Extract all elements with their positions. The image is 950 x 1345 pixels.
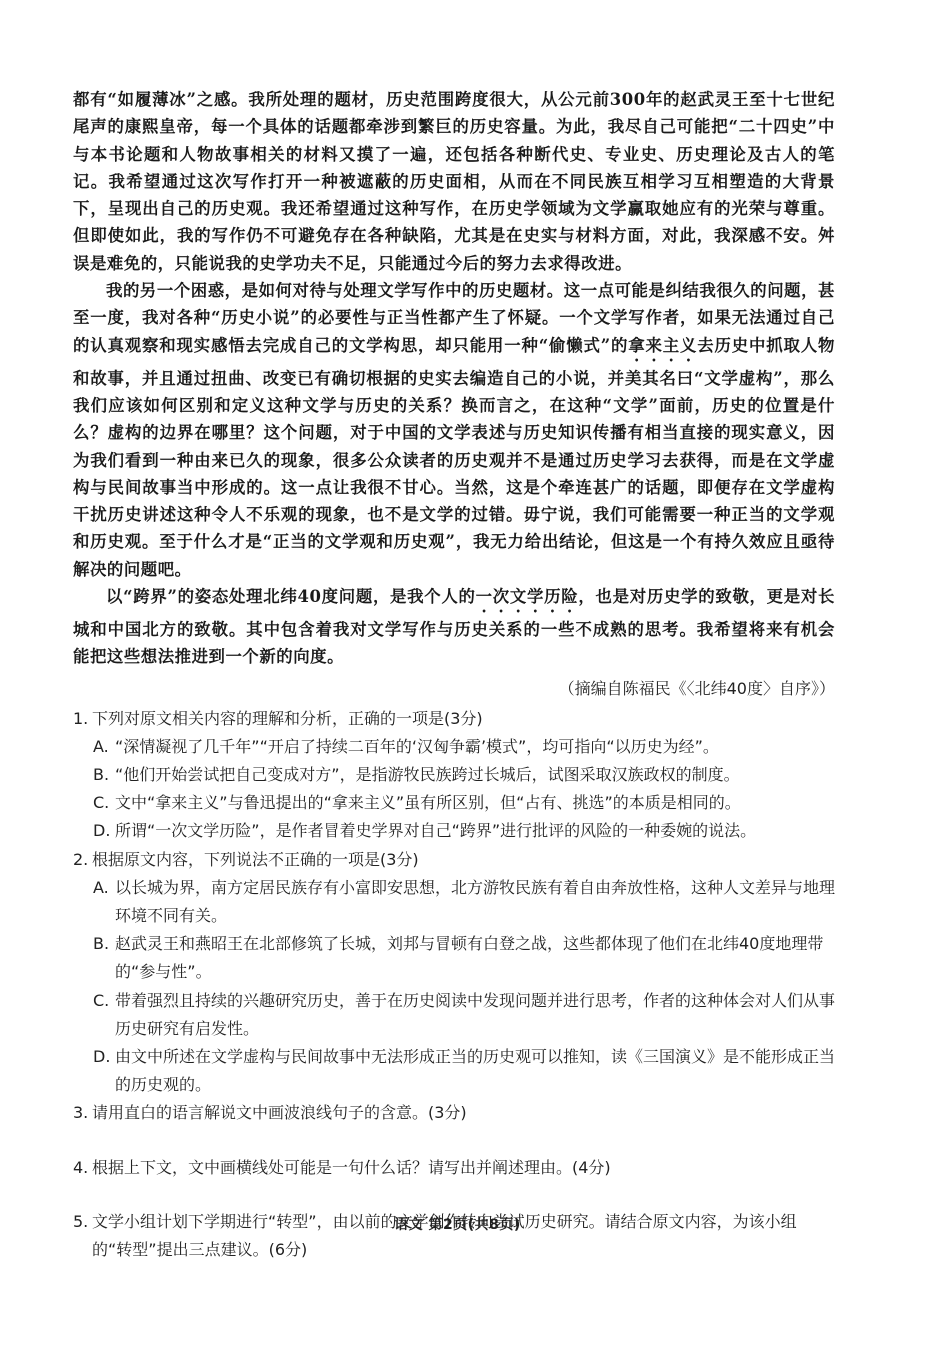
passage-paragraph-1: 都有“如履薄冰”之感。我所处理的题材，历史范围跨度很大，从公元前300年的赵武灵… <box>73 86 835 277</box>
question-4: 4.根据上下文，文中画横线处可能是一句什么话？请写出并阐述理由。(4分) <box>73 1154 835 1182</box>
question-stem: 2.根据原文内容，下列说法不正确的一项是(3分) <box>73 846 835 874</box>
option-letter: A. <box>93 733 115 761</box>
question-3: 3.请用直白的语言解说文中画波浪线句子的含意。(3分) <box>73 1099 835 1127</box>
question-1: 1.下列对原文相关内容的理解和分析，正确的一项是(3分) A.“深情凝视了几千年… <box>73 705 835 846</box>
question-number: 2. <box>73 846 92 874</box>
option-text: 带着强烈且持续的兴趣研究历史，善于在历史阅读中发现问题并进行思考，作者的这种体会… <box>115 991 835 1038</box>
option-letter: D. <box>93 817 115 845</box>
exam-page: 都有“如履薄冰”之感。我所处理的题材，历史范围跨度很大，从公元前300年的赵武灵… <box>0 0 950 1345</box>
question-text: 下列对原文相关内容的理解和分析，正确的一项是(3分) <box>92 709 483 728</box>
option-text: 文中“拿来主义”与鲁迅提出的“拿来主义”虽有所区别，但“占有、挑选”的本质是相同… <box>115 793 741 812</box>
option-text: 所谓“一次文学历险”，是作者冒着史学界对自己“跨界”进行批评的风险的一种委婉的说… <box>115 821 756 840</box>
option-d: D.由文中所述在文学虚构与民间故事中无法形成正当的历史观可以推知，读《三国演义》… <box>73 1043 835 1099</box>
question-stem: 3.请用直白的语言解说文中画波浪线句子的含意。(3分) <box>73 1099 835 1127</box>
option-c: C.文中“拿来主义”与鲁迅提出的“拿来主义”虽有所区别，但“占有、挑选”的本质是… <box>73 789 835 817</box>
option-b: B.“他们开始尝试把自己变成对方”，是指游牧民族跨过长城后，试图采取汉族政权的制… <box>73 761 835 789</box>
option-text: “他们开始尝试把自己变成对方”，是指游牧民族跨过长城后，试图采取汉族政权的制度。 <box>115 765 740 784</box>
question-text: 根据上下文，文中画横线处可能是一句什么话？请写出并阐述理由。(4分) <box>92 1158 611 1177</box>
paragraph-text: 都有“如履薄冰”之感。我所处理的题材，历史范围跨度很大，从公元前300年的赵武灵… <box>73 90 835 273</box>
option-text: 由文中所述在文学虚构与民间故事中无法形成正当的历史观可以推知，读《三国演义》是不… <box>115 1047 835 1094</box>
question-number: 4. <box>73 1154 92 1182</box>
option-text: 赵武灵王和燕昭王在北部修筑了长城，刘邦与冒顿有白登之战，这些都体现了他们在北纬4… <box>115 934 823 981</box>
paragraph-text: 以“跨界”的姿态处理北纬40度问题，是我个人的 <box>106 587 476 606</box>
question-stem: 4.根据上下文，文中画横线处可能是一句什么话？请写出并阐述理由。(4分) <box>73 1154 835 1182</box>
passage-paragraph-2: 我的另一个困惑，是如何对待与处理文学写作中的历史题材。这一点可能是纠结我很久的问… <box>73 277 835 583</box>
source-citation: （摘编自陈福民《〈北纬40度〉自序》） <box>73 675 835 703</box>
option-letter: D. <box>93 1043 115 1071</box>
emphasized-text: 拿来主义 <box>628 336 697 355</box>
option-letter: B. <box>93 761 115 789</box>
question-list: 1.下列对原文相关内容的理解和分析，正确的一项是(3分) A.“深情凝视了几千年… <box>73 705 835 1265</box>
option-letter: C. <box>93 987 115 1015</box>
page-content: 都有“如履薄冰”之感。我所处理的题材，历史范围跨度很大，从公元前300年的赵武灵… <box>73 86 835 1264</box>
paragraph-text: 去历史中抓取人物和故事，并且通过扭曲、改变已有确切根据的史实去编造自己的小说，并… <box>73 336 835 579</box>
option-text: “深情凝视了几千年”“开启了持续二百年的‘汉匈争霸’模式”，均可指向“以历史为经… <box>115 737 719 756</box>
question-number: 1. <box>73 705 92 733</box>
option-letter: C. <box>93 789 115 817</box>
question-text: 根据原文内容，下列说法不正确的一项是(3分) <box>92 850 419 869</box>
option-b: B.赵武灵王和燕昭王在北部修筑了长城，刘邦与冒顿有白登之战，这些都体现了他们在北… <box>73 930 835 986</box>
option-d: D.所谓“一次文学历险”，是作者冒着史学界对自己“跨界”进行批评的风险的一种委婉… <box>73 817 835 845</box>
option-a: A.“深情凝视了几千年”“开启了持续二百年的‘汉匈争霸’模式”，均可指向“以历史… <box>73 733 835 761</box>
page-footer: 语文 第2页(共8页) <box>0 1214 950 1234</box>
question-number: 3. <box>73 1099 92 1127</box>
option-a: A.以长城为界，南方定居民族存有小富即安思想，北方游牧民族有着自由奔放性格，这种… <box>73 874 835 930</box>
option-text: 以长城为界，南方定居民族存有小富即安思想，北方游牧民族有着自由奔放性格，这种人文… <box>115 878 835 925</box>
question-2: 2.根据原文内容，下列说法不正确的一项是(3分) A.以长城为界，南方定居民族存… <box>73 846 835 1100</box>
question-stem: 1.下列对原文相关内容的理解和分析，正确的一项是(3分) <box>73 705 835 733</box>
question-text: 请用直白的语言解说文中画波浪线句子的含意。(3分) <box>92 1103 467 1122</box>
option-c: C.带着强烈且持续的兴趣研究历史，善于在历史阅读中发现问题并进行思考，作者的这种… <box>73 987 835 1043</box>
option-letter: B. <box>93 930 115 958</box>
emphasized-text: 一次文学历险 <box>476 587 579 606</box>
option-letter: A. <box>93 874 115 902</box>
passage-paragraph-3: 以“跨界”的姿态处理北纬40度问题，是我个人的一次文学历险，也是对历史学的致敬，… <box>73 583 835 671</box>
